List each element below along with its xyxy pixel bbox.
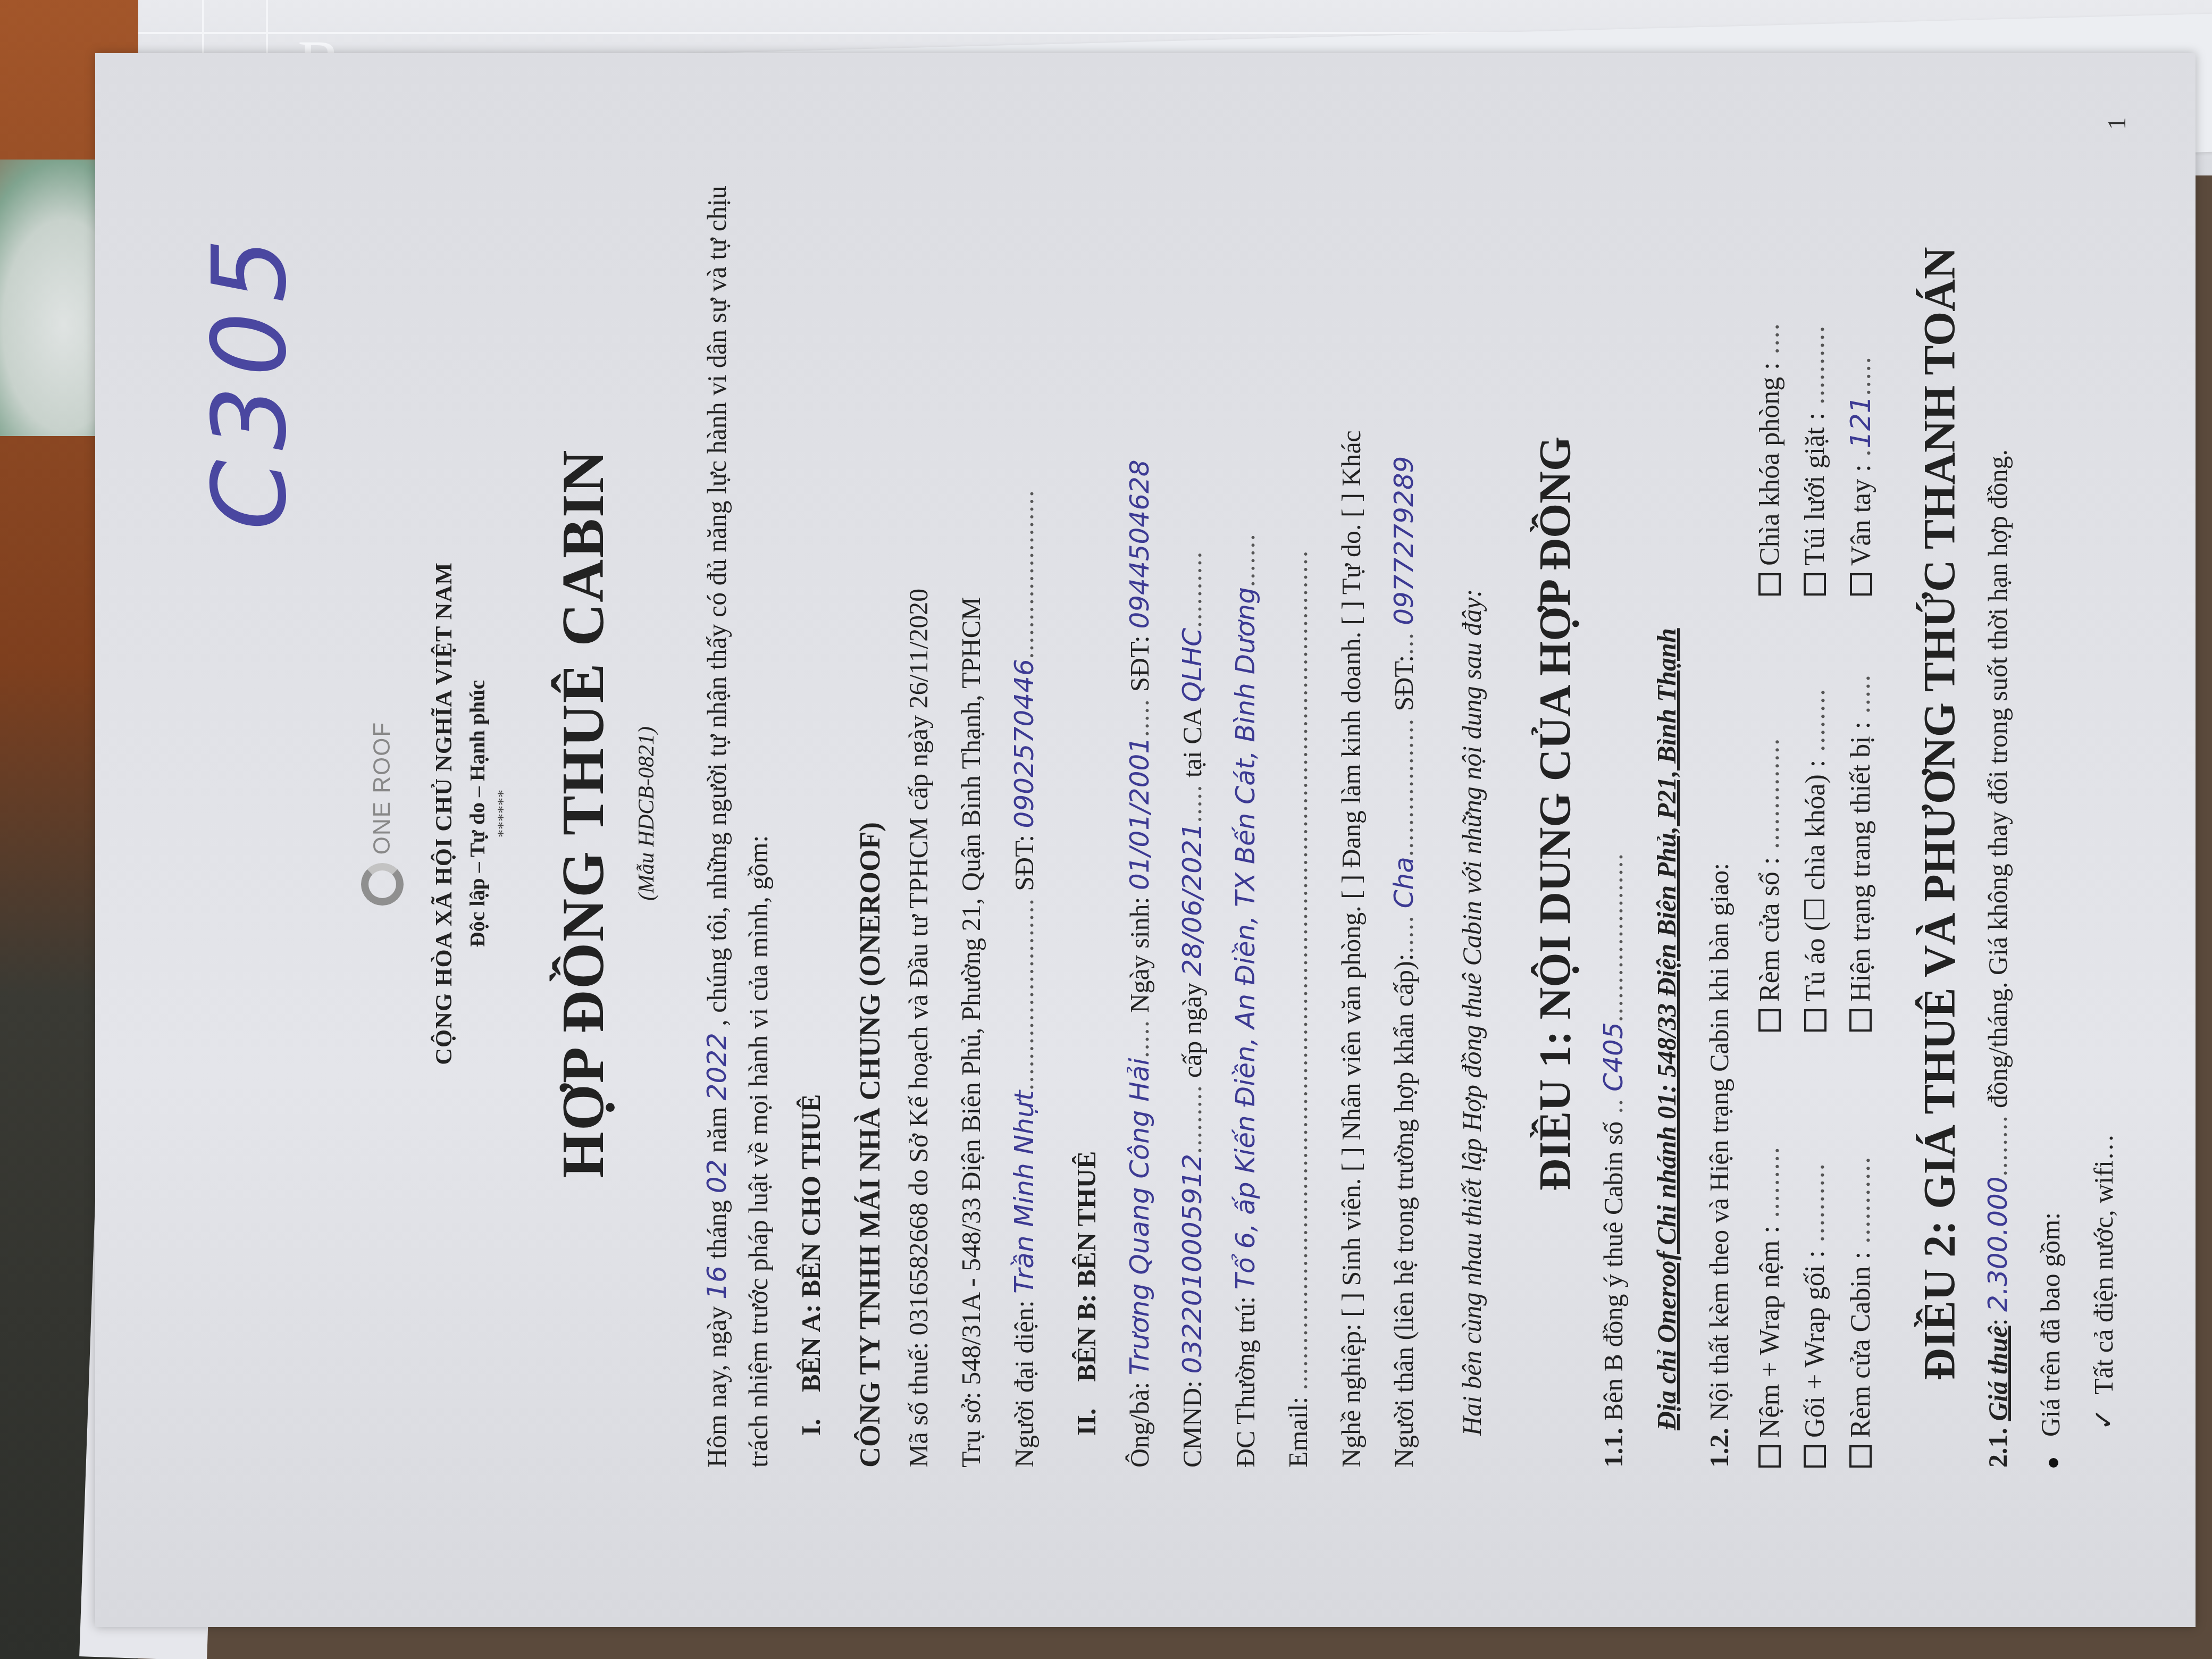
job-option-freelance: [ ] Tự do.: [1336, 524, 1366, 625]
page-number: 1: [2102, 117, 2132, 130]
intro-paragraph: Hôm nay, ngày 16 tháng 02 năm 2022 , chú…: [697, 160, 779, 1468]
job-option-office: [ ] Nhân viên văn phòng.: [1336, 906, 1366, 1171]
checklist-item[interactable]: Vân tay : .121.....: [1845, 160, 1877, 596]
tenant-phone-field: 0944504628: [1124, 459, 1155, 629]
checklist-item[interactable]: Tủ áo (☐ chìa khóa) : ........: [1799, 596, 1831, 1032]
clause-1-1: 1.1. Bên B đồng ý thuê Cabin số .. C405.…: [1593, 160, 1635, 1468]
job-option-other: [ ] Khác: [1336, 430, 1366, 517]
checkbox-icon[interactable]: [1758, 1445, 1781, 1468]
included-utilities: ✓ Tất cả điện nước, wifi…: [2083, 160, 2125, 1468]
party-b-id-row: CMND: 0322010005912......... cấp ngày 28…: [1172, 160, 1213, 1468]
divider-stars: ******: [494, 160, 512, 1468]
party-b-job-row: Nghề nghiệp: [ ] Sinh viên. [ ] Nhân viê…: [1331, 160, 1372, 1468]
checkbox-icon[interactable]: [1804, 1445, 1826, 1468]
relative-phone-field: 0977279289: [1388, 456, 1419, 625]
party-a-company: CÔNG TY TNHH MÁI NHÀ CHUNG (ONEROOF): [853, 160, 886, 1468]
job-option-student: [ ] Sinh viên.: [1336, 1178, 1366, 1317]
tenant-name-field: Trương Quang Công Hải: [1124, 1058, 1155, 1376]
id-issued-date-field: 28/06/2021: [1177, 823, 1208, 976]
furniture-checklist-row-3: Rèm cửa Cabin : ........... Hiện trạng t…: [1845, 160, 1877, 1468]
furniture-checklist-row-1: Nệm + Wrap nệm : ......... Rèm cửa sổ : …: [1754, 160, 1786, 1468]
oneroof-logo: ONE ROOF: [361, 160, 404, 1468]
checklist-item[interactable]: Rèm cửa sổ : ..............: [1754, 596, 1786, 1032]
checklist-item[interactable]: Rèm cửa Cabin : ...........: [1845, 1032, 1877, 1468]
checkbox-icon[interactable]: [1804, 1009, 1826, 1032]
representative-phone-field: 0902570446: [1009, 659, 1040, 828]
rent-price-field: 2.300.000: [1982, 1176, 2013, 1311]
logo-ring-icon: [361, 863, 404, 906]
contract-page: C305 1 ONE ROOF CỘNG HÒA XÃ HỘI CHỦ NGHĨ…: [95, 53, 2196, 1627]
form-code: (Mẫu HDCB-0821): [634, 160, 659, 1468]
motto: Độc lập – Tự do – Hạnh phúc: [465, 160, 490, 1468]
checkbox-icon[interactable]: [1850, 573, 1872, 596]
party-b-email-row: Email: .................................…: [1278, 160, 1319, 1468]
furniture-checklist-row-2: Gối + Wrap gối : .......... Tủ áo (☐ chì…: [1799, 160, 1831, 1468]
tenant-address-field: Tổ 6, ấp Kiến Điền, An Điền, TX Bến Cát,…: [1230, 587, 1261, 1289]
checklist-item[interactable]: Hiện trạng trang thiết bị : .....: [1845, 596, 1877, 1032]
party-b-heading: II. BÊN B: BÊN THUÊ: [1066, 160, 1108, 1468]
article-2-title: ĐIỀU 2: GIÁ THUÊ VÀ PHƯƠNG THỨC THANH TO…: [1914, 160, 1966, 1468]
nation-header: CỘNG HÒA XÃ HỘI CHỦ NGHĨA VIỆT NAM: [430, 160, 457, 1468]
agreement-statement: Hai bên cùng nhau thiết lập Hợp đồng thu…: [1452, 160, 1493, 1468]
tenant-dob-field: 01/01/2001: [1124, 737, 1155, 890]
tenant-id-field: 0322010005912: [1177, 1154, 1208, 1374]
party-a-tax: Mã số thuế: 0316582668 do Sở Kế hoạch và…: [898, 160, 940, 1468]
month-field: 02: [701, 1160, 732, 1194]
checkbox-icon[interactable]: [1849, 1009, 1872, 1032]
clause-1-2: 1.2. Nội thất kèm theo và Hiện trạng Cab…: [1699, 160, 1740, 1468]
checklist-item[interactable]: Chìa khóa phòng : ....: [1754, 160, 1786, 596]
party-b-relative-row: Người thân (liên hệ trong trường hợp khẩ…: [1384, 160, 1425, 1468]
id-issued-place-field: QLHC: [1177, 628, 1208, 702]
party-a-heading: I. BÊN A: BÊN CHO THUÊ: [791, 160, 832, 1468]
checkbox-icon[interactable]: [1849, 1445, 1872, 1468]
year-field: 2022: [701, 1033, 732, 1100]
article-1-title: ĐIỀU 1: NỘI DUNG CỦA HỢP ĐỒNG: [1530, 160, 1581, 1468]
clause-2-1: 2.1. Giá thuê: 2.300.000........ đồng/th…: [1978, 160, 2019, 1468]
document-title: HỢP ĐỒNG THUÊ CABIN: [549, 160, 618, 1468]
cabin-number-field: C405: [1598, 1022, 1629, 1091]
party-a-address: Trụ sở: 548/31A - 548/33 Điện Biên Phủ, …: [951, 160, 992, 1468]
fingerprint-count-field: 121: [1845, 396, 1877, 448]
checkbox-icon[interactable]: [1758, 1009, 1781, 1032]
includes-row: Giá trên đã bao gồm:: [2030, 160, 2072, 1468]
relative-field: Cha: [1388, 857, 1419, 908]
party-b-address-row: ĐC Thường trú: Tổ 6, ấp Kiến Điền, An Đi…: [1225, 160, 1267, 1468]
party-a-representative: Người đại diện: Trần Minh Nhựt..........…: [1004, 160, 1045, 1468]
checklist-item[interactable]: Nệm + Wrap nệm : .........: [1754, 1032, 1786, 1468]
bullet-icon: [2049, 1458, 2058, 1468]
job-option-business: [ ] Đang làm kinh doanh.: [1336, 632, 1366, 899]
checklist-item[interactable]: Gối + Wrap gối : ..........: [1799, 1032, 1831, 1468]
day-field: 16: [701, 1266, 732, 1300]
branch-address: Địa chỉ Oneroof Chi nhánh 01: 548/33 Điệ…: [1646, 160, 1688, 1468]
checklist-item[interactable]: Túi lưới giặt : ..........: [1799, 160, 1831, 596]
checkmark-icon: ✓: [2089, 1408, 2118, 1430]
representative-field: Trần Minh Nhựt: [1009, 1091, 1040, 1294]
checkbox-icon[interactable]: [1804, 573, 1826, 596]
checkbox-icon[interactable]: [1758, 573, 1781, 596]
party-b-name-row: Ông/bà: Trương Quang Công Hải..... Ngày …: [1119, 160, 1161, 1468]
